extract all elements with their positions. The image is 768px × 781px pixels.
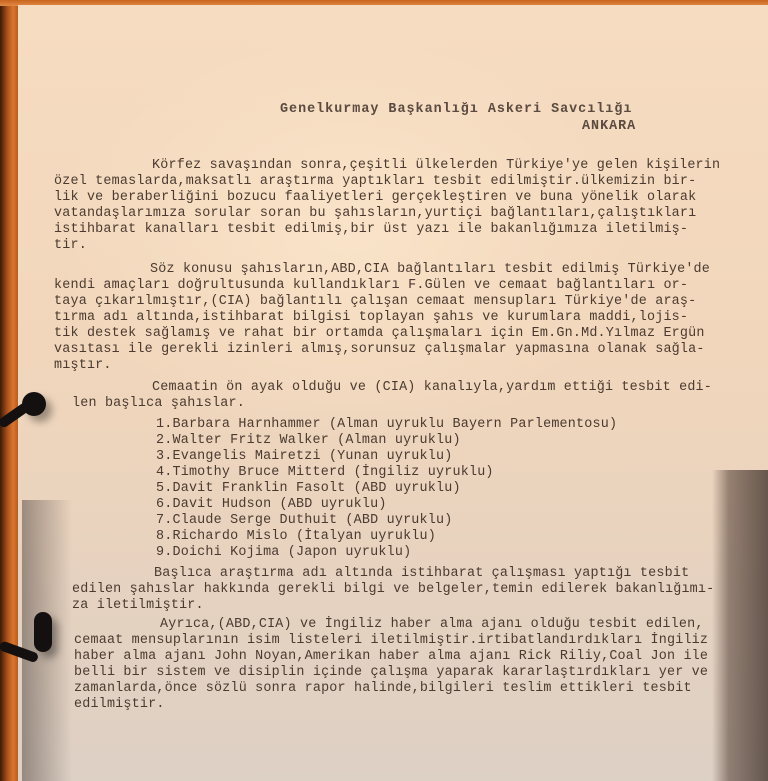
text-line: edilmiştir. bbox=[74, 697, 165, 713]
list-item: 6.Davit Hudson (ABD uyruklu) bbox=[156, 497, 387, 513]
text-line: Cemaatin ön ayak olduğu ve (CIA) kanalıy… bbox=[152, 380, 712, 396]
text-line: istihbarat kanalları tesbit edilmiş,bir … bbox=[54, 222, 688, 238]
text-line: Körfez savaşından sonra,çeşitli ülkelerd… bbox=[152, 158, 720, 174]
text-line: mıştır. bbox=[54, 358, 112, 374]
text-line: belli bir sistem ve disiplin içinde çalı… bbox=[74, 665, 708, 681]
list-item: 3.Evangelis Mairetzi (Yunan uyruklu) bbox=[156, 449, 453, 465]
text-line: tir. bbox=[54, 238, 87, 254]
text-line: haber alma ajanı John Noyan,Amerikan hab… bbox=[74, 649, 708, 665]
text-line: kendi amaçları doğrultusunda kullandıkla… bbox=[54, 278, 688, 294]
text-line: vasıtası ile gerekli izinleri almış,soru… bbox=[54, 342, 705, 358]
text-line: taya çıkarılmıştır,(CIA) bağlantılı çalı… bbox=[54, 294, 696, 310]
list-item: 2.Walter Fritz Walker (Alman uyruklu) bbox=[156, 433, 461, 449]
text-line: Başlıca araştırma adı altında istihbarat… bbox=[154, 566, 689, 582]
text-line: tik destek sağlamış ve rahat bir ortamda… bbox=[54, 326, 705, 342]
document-photo: Genelkurmay Başkanlığı Askeri Savcılığı … bbox=[0, 0, 768, 781]
text-line: tırma adı altında,istihbarat bilgisi top… bbox=[54, 310, 688, 326]
list-item: 8.Richardo Mislo (İtalyan uyruklu) bbox=[156, 529, 436, 545]
text-line: zamanlarda,önce sözlü sonra rapor halind… bbox=[74, 681, 692, 697]
document-title: Genelkurmay Başkanlığı Askeri Savcılığı bbox=[280, 102, 632, 118]
text-line: cemaat mensuplarının isim listeleri ilet… bbox=[74, 633, 708, 649]
list-item: 5.Davit Franklin Fasolt (ABD uyruklu) bbox=[156, 481, 461, 497]
document-location: ANKARA bbox=[582, 119, 636, 135]
list-item: 7.Claude Serge Duthuit (ABD uyruklu) bbox=[156, 513, 453, 529]
text-line: özel temaslarda,maksatlı araştırma yaptı… bbox=[54, 174, 696, 190]
document-body: Genelkurmay Başkanlığı Askeri Savcılığı … bbox=[0, 0, 768, 781]
text-line: edilen şahıslar hakkında gerekli bilgi v… bbox=[72, 582, 714, 598]
text-line: za iletilmiştir. bbox=[72, 598, 204, 614]
text-line: Ayrıca,(ABD,CIA) ve İngiliz haber alma a… bbox=[160, 617, 704, 633]
text-line: Söz konusu şahısların,ABD,CIA bağlantıla… bbox=[150, 262, 710, 278]
text-line: lik ve beraberliğini bozucu faaliyetleri… bbox=[54, 190, 696, 206]
text-line: len başlıca şahıslar. bbox=[72, 396, 245, 412]
list-item: 1.Barbara Harnhammer (Alman uyruklu Baye… bbox=[156, 417, 617, 433]
list-item: 9.Doichi Kojima (Japon uyruklu) bbox=[156, 545, 411, 561]
list-item: 4.Timothy Bruce Mitterd (İngiliz uyruklu… bbox=[156, 465, 494, 481]
text-line: vatandaşlarımıza sorular soran bu şahısl… bbox=[54, 206, 696, 222]
